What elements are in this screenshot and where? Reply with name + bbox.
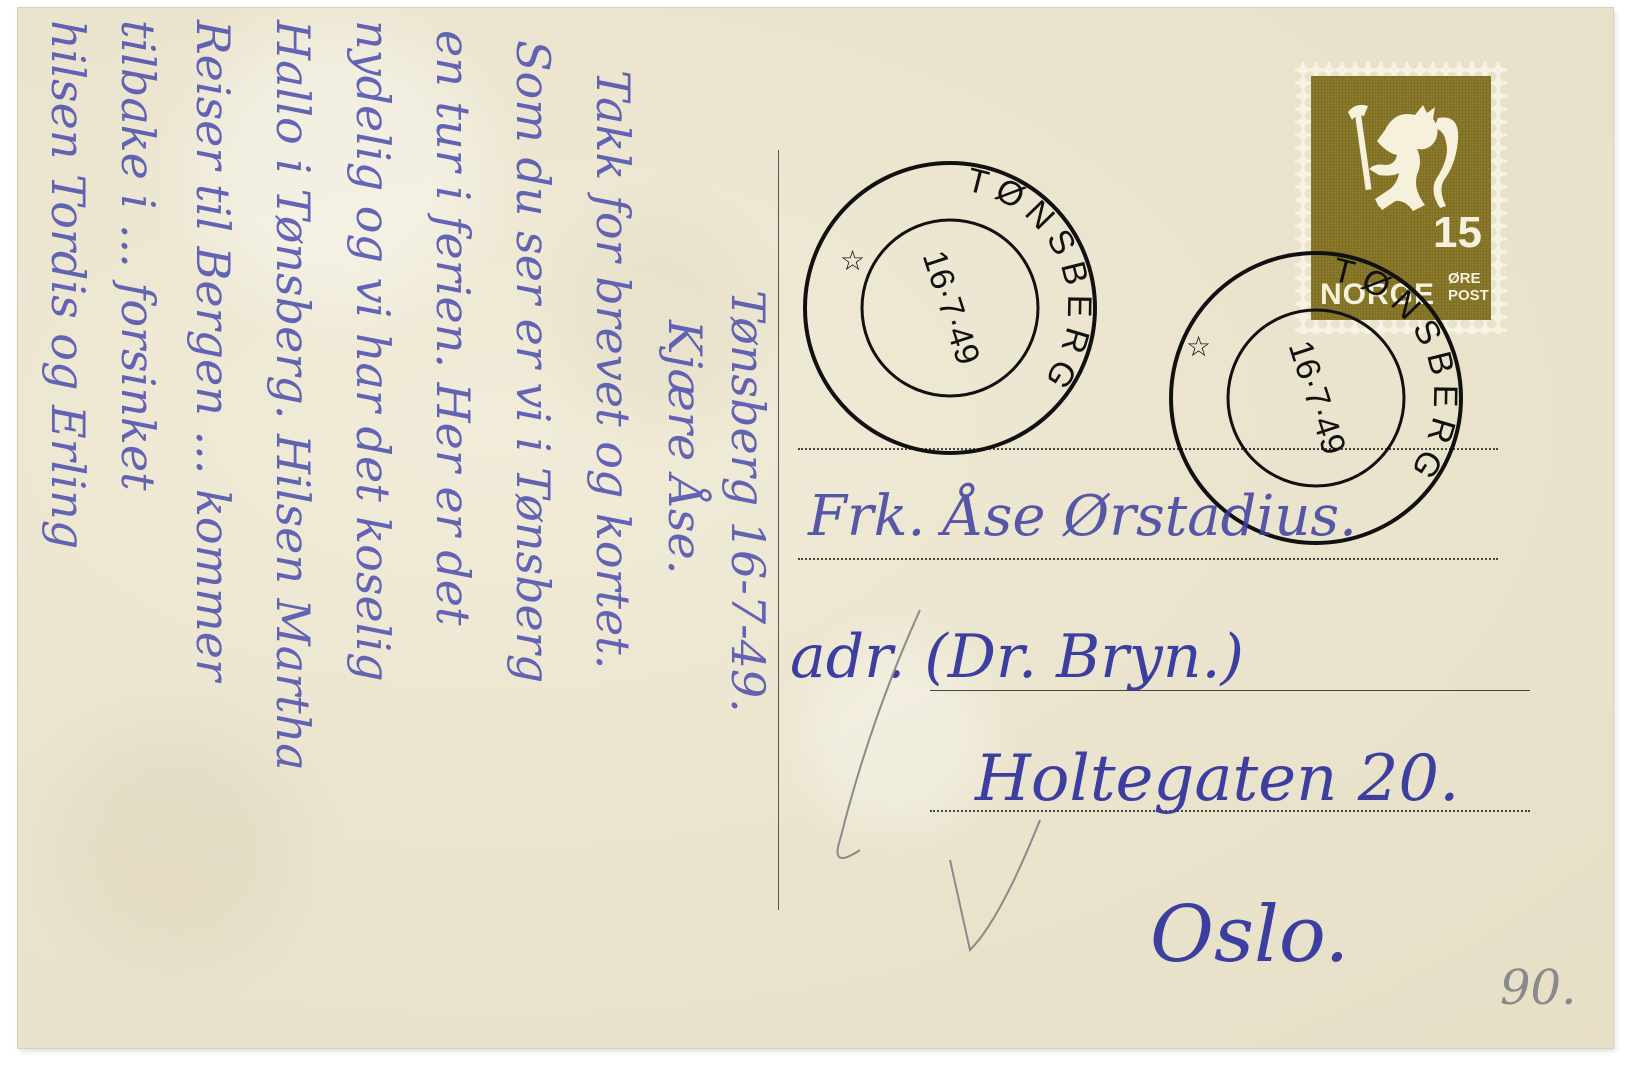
message-line: nydelig og vi har det koselig — [346, 20, 400, 682]
pencil-marks — [820, 600, 1080, 980]
message-line: Reiser til Bergen ... kommer — [186, 20, 240, 681]
message-line: Hallo i Tønsberg. Hilsen Martha — [266, 20, 320, 771]
star-icon: ☆ — [840, 244, 865, 277]
center-divider — [778, 150, 779, 910]
message-line: hilsen Tordis og Erling — [41, 20, 95, 549]
message-line: Som du ser er vi i Tønsberg — [506, 40, 560, 683]
svg-text:TØNSBERG: TØNSBERG — [963, 161, 1098, 402]
postmark-1: TØNSBERG ☆ 16·7·49 — [800, 158, 1100, 458]
postmark-2-date: 16·7·49 — [1281, 336, 1353, 459]
postmark-1-date: 16·7·49 — [915, 246, 987, 369]
message-line: Takk for brevet og kortet. — [586, 70, 640, 669]
message-line: en tur i ferien. Her er det — [426, 30, 480, 626]
pencil-note: 90. — [1500, 960, 1576, 1016]
message-date: Tønsberg 16-7-49. — [721, 290, 775, 713]
message-line: Kjære Åse. — [658, 320, 712, 574]
address-line-2 — [798, 558, 1498, 560]
svg-text:TØNSBERG: TØNSBERG — [1329, 251, 1464, 492]
address-city: Oslo. — [1150, 890, 1349, 980]
star-icon: ☆ — [1186, 330, 1211, 363]
message-line: tilbake i ... forsinket — [111, 20, 165, 491]
postmark-1-town: TØNSBERG — [963, 161, 1098, 402]
address-name: Frk. Åse Ørstadius. — [808, 484, 1357, 549]
postmark-2-town: TØNSBERG — [1329, 251, 1464, 492]
